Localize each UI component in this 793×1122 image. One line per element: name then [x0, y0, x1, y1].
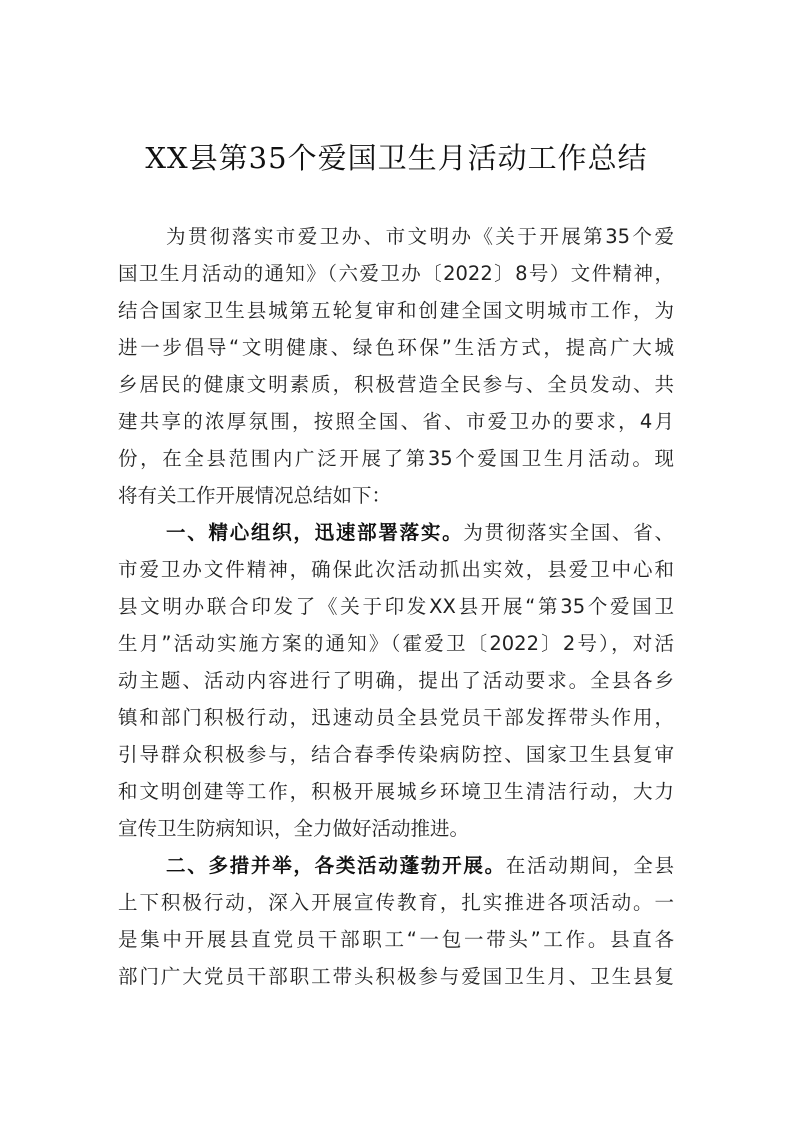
- text-line: 市爱卫办文件精神，确保此次活动抓出实效，县爱卫中心和: [118, 551, 674, 588]
- text-line: 进一步倡导“文明健康、绿色环保”生活方式，提高广大城: [118, 329, 674, 366]
- text-line: 二、多措并举，各类活动蓬勃开展。在活动期间，全县: [118, 847, 674, 884]
- text-line: 将有关工作开展情况总结如下：: [118, 477, 674, 514]
- text-line: 和文明创建等工作，积极开展城乡环境卫生清洁行动，大力: [118, 773, 674, 810]
- text-line: 镇和部门积极行动，迅速动员全县党员干部发挥带头作用，: [118, 699, 674, 736]
- document-page: XX县第35个爱国卫生月活动工作总结 为贯彻落实市爱卫办、市文明办《关于开展第3…: [0, 0, 793, 1122]
- document-body: 为贯彻落实市爱卫办、市文明办《关于开展第35个爱 国卫生月活动的通知》（六爱卫办…: [118, 218, 674, 995]
- text-line: 县文明办联合印发了《关于印发XX县开展“第35个爱国卫: [118, 588, 674, 625]
- section-text: 为贯彻落实全国、省、: [463, 521, 674, 544]
- section-text: 在活动期间，全县: [506, 854, 674, 877]
- text-line: 结合国家卫生县城第五轮复审和创建全国文明城市工作，为: [118, 292, 674, 329]
- text-line: 国卫生月活动的通知》（六爱卫办〔2022〕8号）文件精神，: [118, 255, 674, 292]
- section-heading: 一、精心组织，迅速部署落实。: [166, 521, 463, 544]
- text-line: 一、精心组织，迅速部署落实。为贯彻落实全国、省、: [118, 514, 674, 551]
- text-line: 上下积极行动，深入开展宣传教育，扎实推进各项活动。一: [118, 884, 674, 921]
- text-line: 是集中开展县直党员干部职工“一包一带头”工作。县直各: [118, 921, 674, 958]
- text-line: 建共享的浓厚氛围，按照全国、省、市爱卫办的要求，4月: [118, 403, 674, 440]
- document-title: XX县第35个爱国卫生月活动工作总结: [0, 138, 793, 178]
- text-line: 为贯彻落实市爱卫办、市文明办《关于开展第35个爱: [118, 218, 674, 255]
- text-line: 部门广大党员干部职工带头积极参与爱国卫生月、卫生县复: [118, 958, 674, 995]
- text-line: 引导群众积极参与，结合春季传染病防控、国家卫生县复审: [118, 736, 674, 773]
- paragraph-intro: 为贯彻落实市爱卫办、市文明办《关于开展第35个爱 国卫生月活动的通知》（六爱卫办…: [118, 218, 674, 514]
- text-line: 份，在全县范围内广泛开展了第35个爱国卫生月活动。现: [118, 440, 674, 477]
- text-line: 宣传卫生防病知识，全力做好活动推进。: [118, 810, 674, 847]
- text-line: 生月”活动实施方案的通知》（霍爱卫〔2022〕2号），对活: [118, 625, 674, 662]
- paragraph-section-2: 二、多措并举，各类活动蓬勃开展。在活动期间，全县 上下积极行动，深入开展宣传教育…: [118, 847, 674, 995]
- text-line: 动主题、活动内容进行了明确，提出了活动要求。全县各乡: [118, 662, 674, 699]
- text-line: 乡居民的健康文明素质，积极营造全民参与、全员发动、共: [118, 366, 674, 403]
- section-heading: 二、多措并举，各类活动蓬勃开展。: [166, 854, 506, 877]
- paragraph-section-1: 一、精心组织，迅速部署落实。为贯彻落实全国、省、 市爱卫办文件精神，确保此次活动…: [118, 514, 674, 847]
